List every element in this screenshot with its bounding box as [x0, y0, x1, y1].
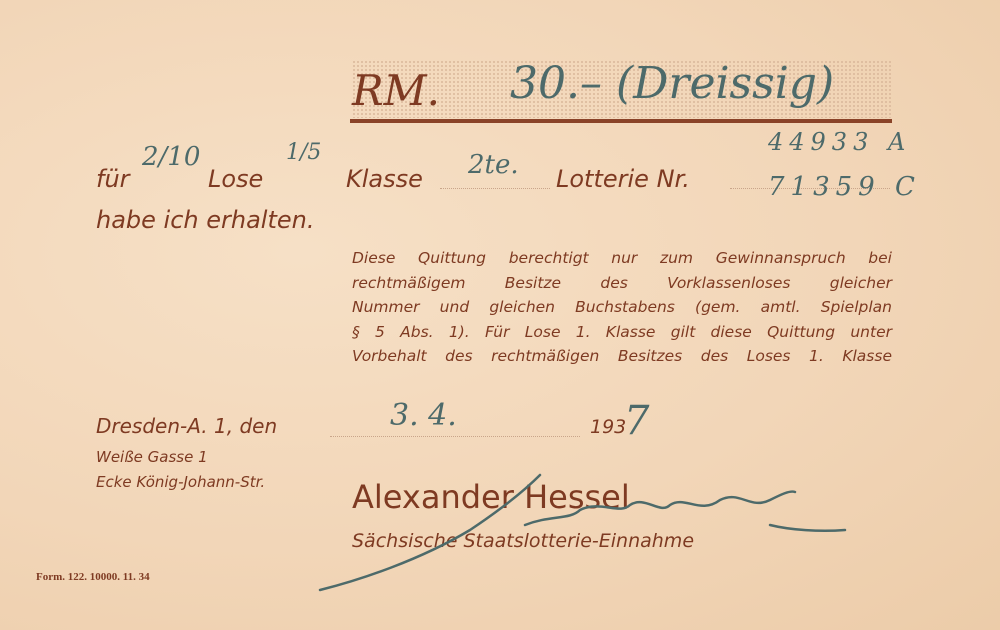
class-dotted-field — [440, 188, 550, 189]
date-handwritten: 3. 4. — [390, 398, 457, 433]
lottery-number-2: 71359 C — [768, 172, 921, 202]
address-line: Ecke König-Johann-Str. — [96, 473, 265, 491]
quantity-handwritten: 2/10 — [142, 142, 200, 172]
lottery-number-1: 44933 A — [768, 128, 911, 156]
year-prefix: 193 — [590, 416, 626, 438]
notice-line: Vorbehalt des rechtmäßigen Besitzes des … — [352, 344, 892, 369]
notice-line: rechtmäßigem Besitze des Vorklassenloses… — [352, 271, 892, 296]
klasse-label: Klasse — [346, 165, 423, 193]
lottery-receipt: RM. 30.– (Dreissig) für 2/10 Lose 1/5 Kl… — [0, 0, 1000, 630]
lotterie-label: Lotterie Nr. — [556, 165, 690, 193]
signature — [300, 470, 860, 600]
notice-line: § 5 Abs. 1). Für Lose 1. Klasse gilt die… — [352, 320, 892, 345]
address-line: Weiße Gasse 1 — [96, 448, 208, 466]
date-dotted-field — [330, 436, 580, 437]
amount-handwritten: 30.– (Dreissig) — [510, 58, 834, 109]
fraction-handwritten: 1/5 — [286, 140, 321, 165]
notice-line: Nummer und gleichen Buchstabens (gem. am… — [352, 295, 892, 320]
class-handwritten: 2te. — [468, 150, 519, 180]
lose-label: Lose — [208, 165, 263, 193]
notice-line: Diese Quittung berechtigt nur zum Gewinn… — [352, 246, 892, 271]
for-label: für — [96, 165, 130, 193]
notice-paragraph: Diese Quittung berechtigt nur zum Gewinn… — [352, 246, 892, 369]
year-handwritten: 7 — [624, 398, 649, 444]
received-text: habe ich erhalten. — [96, 206, 314, 234]
place-label: Dresden-A. 1, den — [96, 414, 277, 438]
amount-underline — [350, 119, 892, 123]
currency-label: RM. — [352, 66, 440, 115]
form-number: Form. 122. 10000. 11. 34 — [36, 571, 150, 583]
